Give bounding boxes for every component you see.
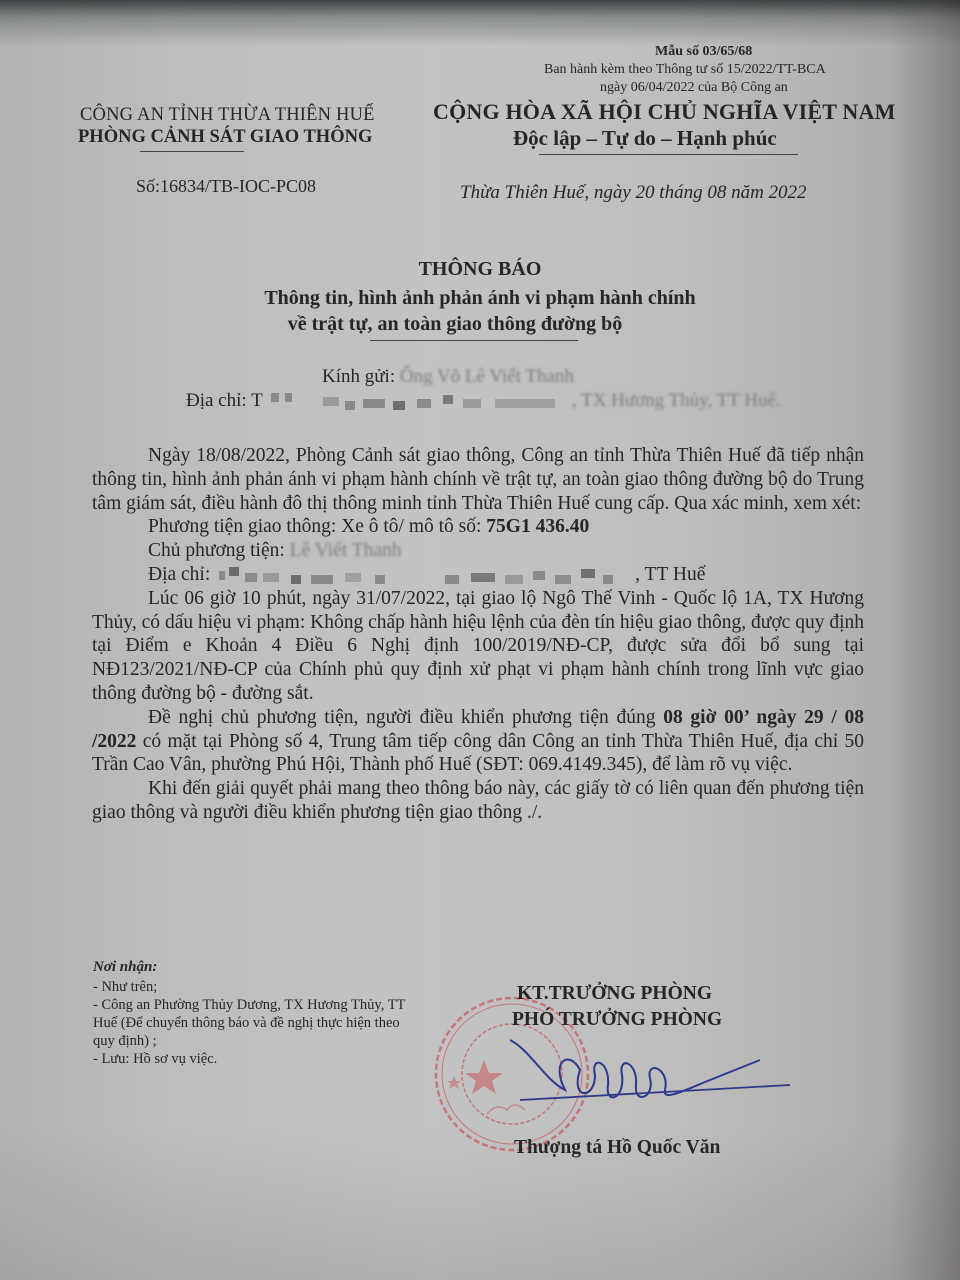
nation-heading: CỘNG HÒA XÃ HỘI CHỦ NGHĨA VIỆT NAM — [433, 99, 896, 125]
vehicle-line: Phương tiện giao thông: Xe ô tô/ mô tô s… — [92, 515, 864, 539]
address-tail: , TX Hương Thủy, TT Huế. — [572, 390, 781, 412]
document-number: Số:16834/TB-IOC-PC08 — [136, 176, 316, 197]
handwritten-signature-icon — [510, 1030, 790, 1130]
place-date: Thừa Thiên Huế, ngày 20 tháng 08 năm 202… — [460, 182, 807, 204]
form-issued-date: ngày 06/04/2022 của Bộ Công an — [600, 80, 788, 96]
owner-address-redacted-block — [215, 567, 635, 585]
addressee-address: Địa chỉ: T , TX Hương Thủy, TT Huế. — [186, 390, 781, 412]
agency-parent: CÔNG AN TỈNH THỪA THIÊN HUẾ — [80, 105, 375, 126]
address-label: Địa chỉ: T — [186, 390, 262, 411]
addressee-label: Kính gửi: — [322, 366, 395, 387]
owner-line: Chủ phương tiện: Lê Viết Thanh — [92, 539, 864, 563]
addressee-name-redacted: Ông Võ Lê Viết Thanh — [400, 366, 574, 388]
recipient-item: - Lưu: Hồ sơ vụ việc. — [93, 1050, 411, 1068]
signature-title-line1: KT.TRƯỞNG PHÒNG — [517, 983, 712, 1005]
owner-name-redacted: Lê Viết Thanh — [290, 539, 402, 563]
paragraph-requirements: Khi đến giải quyết phải mang theo thông … — [92, 777, 864, 825]
recipients-title: Nơi nhận: — [93, 959, 157, 976]
recipient-item: - Như trên; — [93, 978, 411, 996]
page-edge-shadow — [890, 0, 960, 1280]
agency-name: PHÒNG CẢNH SÁT GIAO THÔNG — [78, 127, 372, 148]
form-issued-with: Ban hành kèm theo Thông tư số 15/2022/TT… — [544, 62, 826, 78]
paragraph-summons: Đề nghị chủ phương tiện, người điều khiể… — [92, 706, 864, 777]
body-text: Ngày 18/08/2022, Phòng Cảnh sát giao thô… — [92, 444, 864, 825]
license-plate: 75G1 436.40 — [486, 516, 589, 537]
national-motto: Độc lập – Tự do – Hạnh phúc — [513, 126, 777, 151]
signer-name: Thượng tá Hồ Quốc Văn — [514, 1137, 720, 1159]
recipients-list: - Như trên; - Công an Phường Thủy Dương,… — [93, 978, 411, 1068]
paragraph-intro: Ngày 18/08/2022, Phòng Cảnh sát giao thô… — [92, 444, 864, 515]
addressee: Kính gửi: Ông Võ Lê Viết Thanh — [322, 366, 574, 388]
recipient-item: - Công an Phường Thủy Dương, TX Hương Th… — [93, 996, 411, 1050]
owner-address-tail: , TT Huế — [635, 564, 705, 585]
subtitle-underline — [370, 340, 578, 341]
paragraph-violation: Lúc 06 giờ 10 phút, ngày 31/07/2022, tại… — [92, 587, 864, 706]
signature-title-line2: PHÓ TRƯỞNG PHÒNG — [512, 1009, 722, 1031]
motto-underline — [539, 154, 798, 155]
agency-underline — [140, 151, 244, 152]
document-subtitle-line2: về trật tự, an toàn giao thông đường bộ — [0, 313, 910, 336]
address-redacted-block — [267, 393, 567, 411]
document-subtitle-line1: Thông tin, hình ảnh phản ánh vi phạm hàn… — [0, 287, 960, 310]
form-number: Mẫu số 03/65/68 — [655, 44, 752, 60]
document-title: THÔNG BÁO — [0, 258, 960, 281]
owner-address-line: Địa chỉ: , TT Huế — [92, 563, 864, 587]
